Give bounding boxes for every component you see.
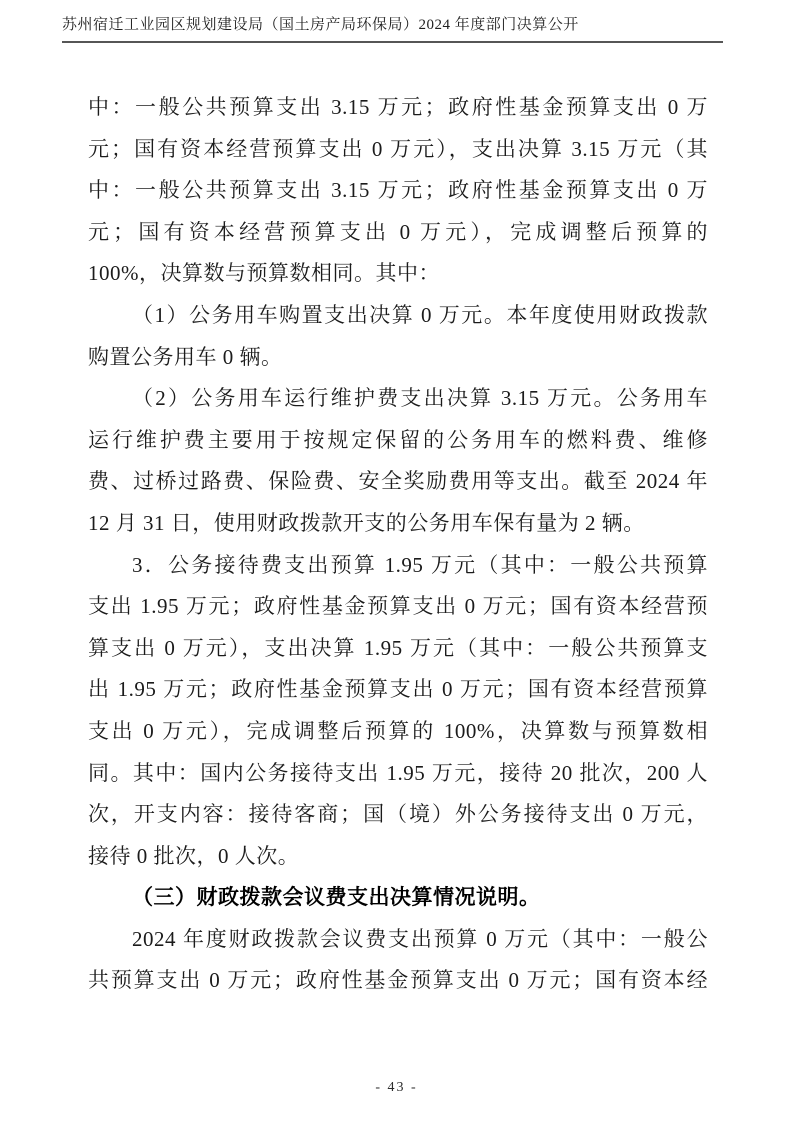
header-divider — [62, 41, 723, 43]
page-header-title: 苏州宿迁工业园区规划建设局（国土房产局环保局）2024 年度部门决算公开 — [62, 14, 762, 36]
body-line: 运行维护费主要用于按规定保留的公务用车的燃料费、维修 — [88, 420, 708, 462]
body-line: 支出 1.95 万元；政府性基金预算支出 0 万元；国有资本经营预 — [88, 586, 708, 628]
section-heading: （三）财政拨款会议费支出决算情况说明。 — [88, 877, 708, 919]
body-line: 算支出 0 万元），支出决算 1.95 万元（其中：一般公共预算支 — [88, 628, 708, 670]
body-line: （2）公务用车运行维护费支出决算 3.15 万元。公务用车 — [88, 378, 708, 420]
body-line: 2024 年度财政拨款会议费支出预算 0 万元（其中：一般公 — [88, 919, 708, 961]
body-line: 费、过桥过路费、保险费、安全奖励费用等支出。截至 2024 年 — [88, 461, 708, 503]
body-line: 元；国有资本经营预算支出 0 万元），完成调整后预算的 — [88, 212, 708, 254]
body-line: 中：一般公共预算支出 3.15 万元；政府性基金预算支出 0 万 — [88, 170, 708, 212]
body-line: （1）公务用车购置支出决算 0 万元。本年度使用财政拨款 — [88, 295, 708, 337]
body-line: 同。其中：国内公务接待支出 1.95 万元，接待 20 批次，200 人 — [88, 753, 708, 795]
body-line: 12 月 31 日，使用财政拨款开支的公务用车保有量为 2 辆。 — [88, 503, 708, 545]
body-line: 3．公务接待费支出预算 1.95 万元（其中：一般公共预算 — [88, 545, 708, 587]
body-line: 次，开支内容：接待客商；国（境）外公务接待支出 0 万元， — [88, 794, 708, 836]
body-line: 100%，决算数与预算数相同。其中： — [88, 253, 708, 295]
body-line: 中：一般公共预算支出 3.15 万元；政府性基金预算支出 0 万 — [88, 87, 708, 129]
document-page: 苏州宿迁工业园区规划建设局（国土房产局环保局）2024 年度部门决算公开 中：一… — [0, 0, 793, 1122]
body-line: 接待 0 批次，0 人次。 — [88, 836, 708, 878]
body-line: 元；国有资本经营预算支出 0 万元），支出决算 3.15 万元（其 — [88, 129, 708, 171]
body-line: 共预算支出 0 万元；政府性基金预算支出 0 万元；国有资本经 — [88, 960, 708, 1002]
body-line: 购置公务用车 0 辆。 — [88, 337, 708, 379]
document-body: 中：一般公共预算支出 3.15 万元；政府性基金预算支出 0 万元；国有资本经营… — [88, 87, 708, 1002]
page-number: - 43 - — [0, 1080, 793, 1096]
body-line: 出 1.95 万元；政府性基金预算支出 0 万元；国有资本经营预算 — [88, 669, 708, 711]
body-line: 支出 0 万元），完成调整后预算的 100%，决算数与预算数相 — [88, 711, 708, 753]
